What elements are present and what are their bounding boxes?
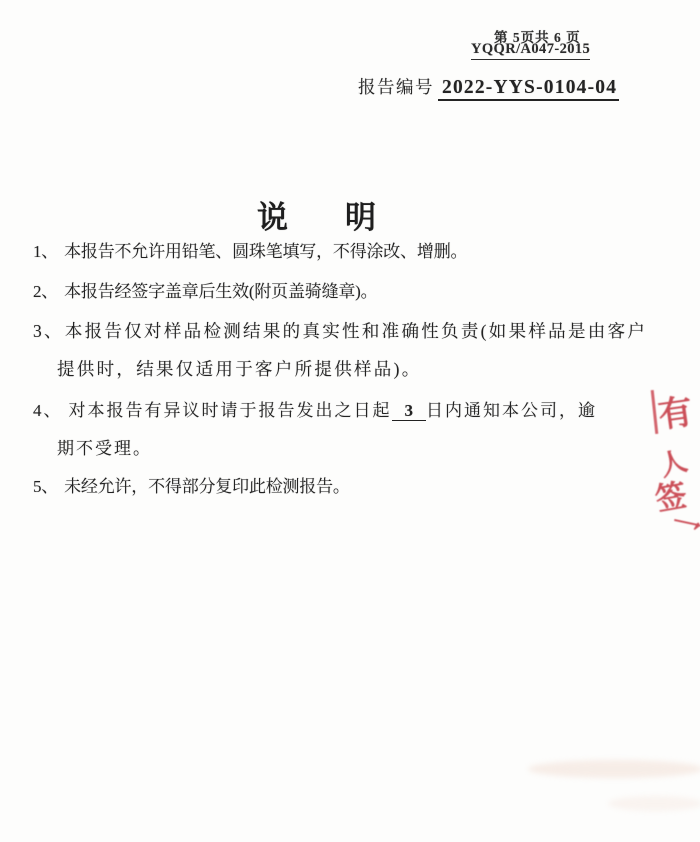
- note-number: 4、: [33, 401, 63, 420]
- scan-smudge: [608, 796, 700, 811]
- note-item: 3、本报告仅对样品检测结果的真实性和准确性负责(如果样品是由客户提供时，结果仅适…: [33, 312, 678, 388]
- report-number-value: 2022-YYS-0104-04: [438, 77, 619, 101]
- note-text: 日内通知本公司，逾: [426, 401, 597, 420]
- note-line: 1、本报告不允许用铅笔、圆珠笔填写，不得涂改、增删。: [33, 233, 678, 271]
- note-item: 5、未经允许，不得部分复印此检测报告。: [33, 468, 678, 506]
- note-text: 期不受理。: [57, 439, 152, 458]
- note-number: 2、: [33, 282, 58, 301]
- page-title: 说明: [257, 192, 433, 237]
- document-code: YQQR/A047-2015: [471, 41, 590, 60]
- stamp-character-fragment: 乛: [666, 507, 700, 556]
- note-line: 2、本报告经签字盖章后生效(附页盖骑缝章)。: [33, 273, 678, 311]
- note-text: 提供时，结果仅适用于客户所提供样品)。: [57, 359, 422, 379]
- note-line: 期不受理。: [33, 430, 678, 468]
- note-text: 本报告经签字盖章后生效(附页盖骑缝章)。: [64, 282, 377, 301]
- note-number: 5、: [33, 477, 58, 496]
- note-text: 本报告不允许用铅笔、圆珠笔填写，不得涂改、增删。: [64, 242, 467, 261]
- note-text: 对本报告有异议时请于报告发出之日起: [69, 401, 392, 420]
- note-text: 本报告仅对样品检测结果的真实性和准确性负责(如果样品是由客户: [65, 321, 647, 341]
- note-number: 1、: [33, 242, 58, 261]
- scanned-report-page: 第 5页共 6 页 YQQR/A047-2015 报告编号2022-YYS-01…: [0, 0, 700, 842]
- note-item: 1、本报告不允许用铅笔、圆珠笔填写，不得涂改、增删。: [33, 233, 678, 271]
- scan-smudge: [528, 760, 700, 778]
- note-line: 4、对本报告有异议时请于报告发出之日起3日内通知本公司，逾: [33, 392, 678, 430]
- note-number: 3、: [33, 321, 64, 341]
- report-number-label: 报告编号: [358, 77, 434, 97]
- note-line: 提供时，结果仅适用于客户所提供样品)。: [33, 350, 678, 388]
- filled-in-value: 3: [392, 401, 427, 421]
- note-line: 3、本报告仅对样品检测结果的真实性和准确性负责(如果样品是由客户: [33, 312, 678, 350]
- note-line: 5、未经允许，不得部分复印此检测报告。: [33, 468, 678, 506]
- note-item: 2、本报告经签字盖章后生效(附页盖骑缝章)。: [33, 273, 678, 311]
- report-number-line: 报告编号2022-YYS-0104-04: [358, 74, 619, 99]
- note-text: 未经允许，不得部分复印此检测报告。: [64, 477, 350, 496]
- note-item: 4、对本报告有异议时请于报告发出之日起3日内通知本公司，逾期不受理。: [33, 392, 678, 468]
